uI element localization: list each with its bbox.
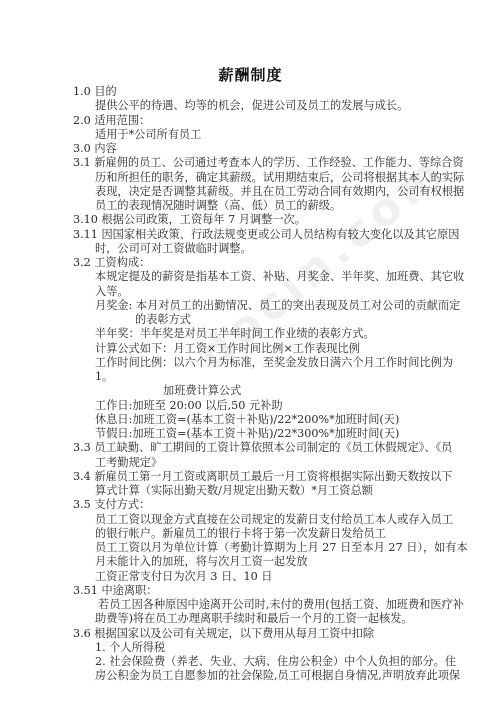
document-title: 薪酬制度 [0, 64, 501, 85]
text-line: 房公积金为员工自愿参加的社会保险,员工可根据自身情况,声明放弃此项保 [95, 668, 460, 684]
text-line: 本规定提及的薪资是指基本工资、补贴、月奖金、半年奖、加班费、其它收 [95, 269, 464, 285]
text-line: 工作时间比例：以六个月为标准，至奖金发放日满六个月工作时间比例为 [95, 355, 453, 371]
text-line: 1。 [95, 369, 113, 385]
document-page: 薪酬制度 docin.com 1.0 目的提供公平的待遇、均等的机会，促进公司及… [0, 0, 501, 710]
